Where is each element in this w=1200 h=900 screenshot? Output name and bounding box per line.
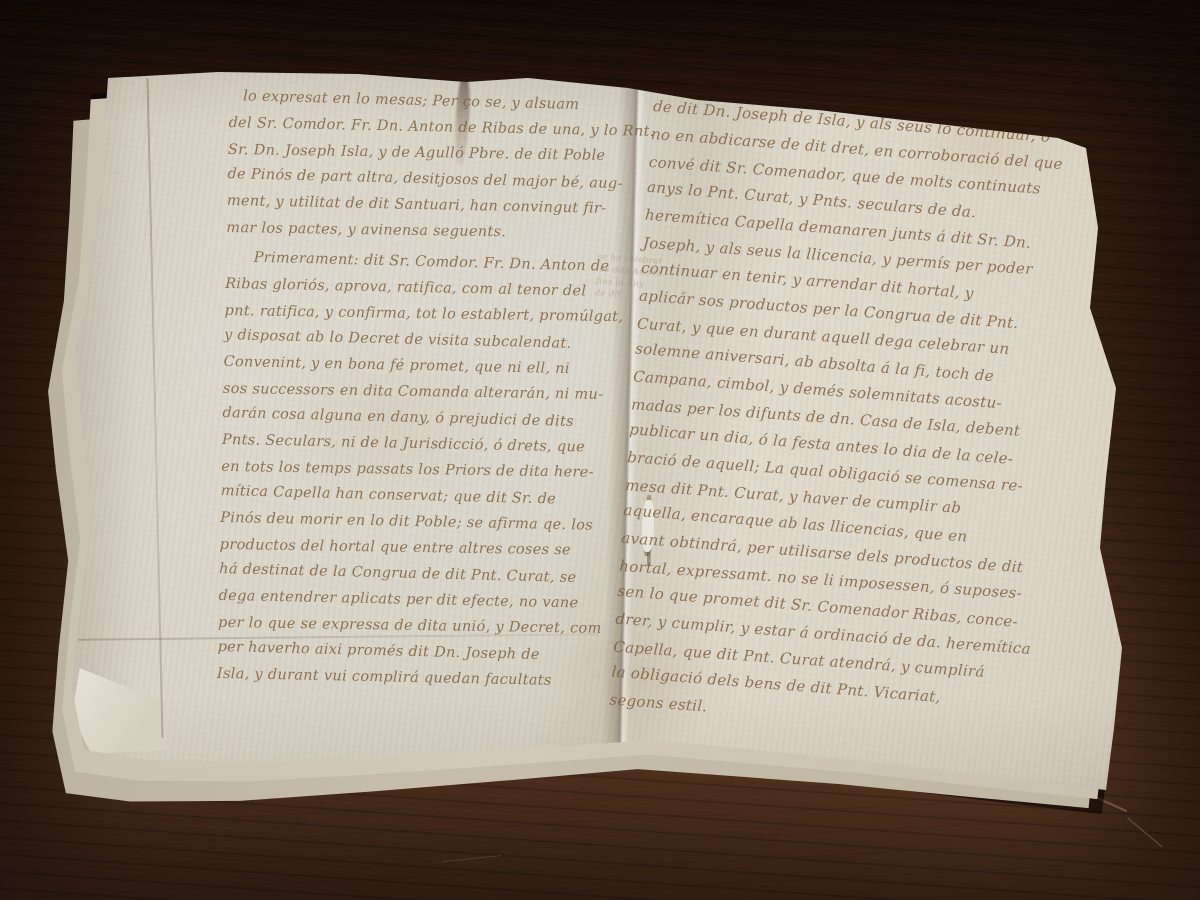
wood-speck — [992, 18, 995, 21]
manuscript-line: mar los pactes, y avinensa seguents. — [226, 215, 618, 247]
marginal-note: se ha celebratlos dits Anivrs.fins lo An… — [594, 251, 677, 304]
right-page-text: de dit Dn. Joseph de Isla, y als seus lo… — [609, 94, 1083, 745]
left-page-text: lo expresat en lo mesas; Per ço se, y al… — [217, 84, 622, 695]
wood-speck — [806, 40, 809, 43]
manuscript-sheet: lo expresat en lo mesas; Per ço se, y al… — [58, 48, 1190, 820]
